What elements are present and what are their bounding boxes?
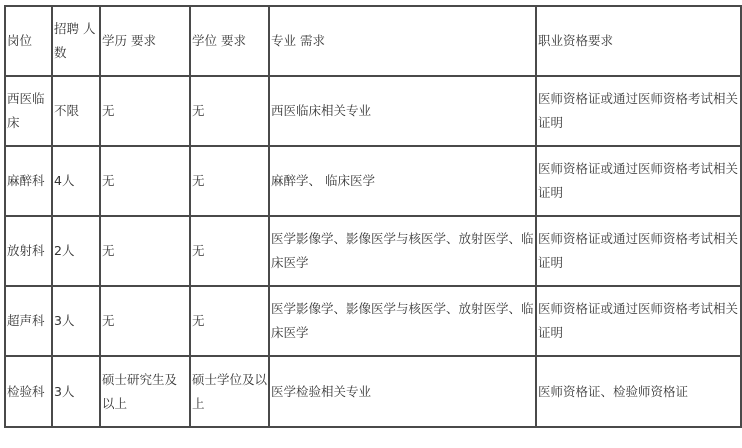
recruitment-table: 岗位 招聘 人数 学历 要求 学位 要求 专业 需求 职业资格要求 西医临床 不… (4, 5, 742, 428)
cell-position: 放射科 (5, 216, 52, 286)
cell-education: 硕士研究生及以上 (100, 356, 190, 427)
cell-count: 4人 (52, 146, 100, 216)
header-degree: 学位 要求 (190, 6, 269, 76)
cell-position: 麻醉科 (5, 146, 52, 216)
recruitment-table-container: 岗位 招聘 人数 学历 要求 学位 要求 专业 需求 职业资格要求 西医临床 不… (4, 5, 742, 428)
header-position: 岗位 (5, 6, 52, 76)
cell-qualification: 医师资格证或通过医师资格考试相关证明 (536, 216, 741, 286)
header-education: 学历 要求 (100, 6, 190, 76)
cell-position: 西医临床 (5, 76, 52, 146)
cell-major: 医学检验相关专业 (269, 356, 536, 427)
table-header-row: 岗位 招聘 人数 学历 要求 学位 要求 专业 需求 职业资格要求 (5, 6, 741, 76)
cell-count: 3人 (52, 356, 100, 427)
cell-position: 检验科 (5, 356, 52, 427)
cell-education: 无 (100, 216, 190, 286)
table-row: 检验科 3人 硕士研究生及以上 硕士学位及以上 医学检验相关专业 医师资格证、检… (5, 356, 741, 427)
cell-major: 医学影像学、影像医学与核医学、放射医学、临床医学 (269, 216, 536, 286)
cell-major: 麻醉学、 临床医学 (269, 146, 536, 216)
cell-count: 2人 (52, 216, 100, 286)
cell-position: 超声科 (5, 286, 52, 356)
cell-degree: 无 (190, 76, 269, 146)
header-qualification: 职业资格要求 (536, 6, 741, 76)
table-row: 麻醉科 4人 无 无 麻醉学、 临床医学 医师资格证或通过医师资格考试相关证明 (5, 146, 741, 216)
cell-count: 3人 (52, 286, 100, 356)
cell-degree: 无 (190, 286, 269, 356)
cell-qualification: 医师资格证、检验师资格证 (536, 356, 741, 427)
cell-degree: 无 (190, 146, 269, 216)
cell-education: 无 (100, 76, 190, 146)
table-row: 西医临床 不限 无 无 西医临床相关专业 医师资格证或通过医师资格考试相关证明 (5, 76, 741, 146)
cell-degree: 无 (190, 216, 269, 286)
cell-education: 无 (100, 286, 190, 356)
cell-count: 不限 (52, 76, 100, 146)
header-major: 专业 需求 (269, 6, 536, 76)
table-row: 超声科 3人 无 无 医学影像学、影像医学与核医学、放射医学、临床医学 医师资格… (5, 286, 741, 356)
cell-major: 医学影像学、影像医学与核医学、放射医学、临床医学 (269, 286, 536, 356)
cell-education: 无 (100, 146, 190, 216)
cell-qualification: 医师资格证或通过医师资格考试相关证明 (536, 146, 741, 216)
cell-major: 西医临床相关专业 (269, 76, 536, 146)
cell-qualification: 医师资格证或通过医师资格考试相关证明 (536, 76, 741, 146)
table-row: 放射科 2人 无 无 医学影像学、影像医学与核医学、放射医学、临床医学 医师资格… (5, 216, 741, 286)
header-count: 招聘 人数 (52, 6, 100, 76)
cell-degree: 硕士学位及以上 (190, 356, 269, 427)
cell-qualification: 医师资格证或通过医师资格考试相关证明 (536, 286, 741, 356)
